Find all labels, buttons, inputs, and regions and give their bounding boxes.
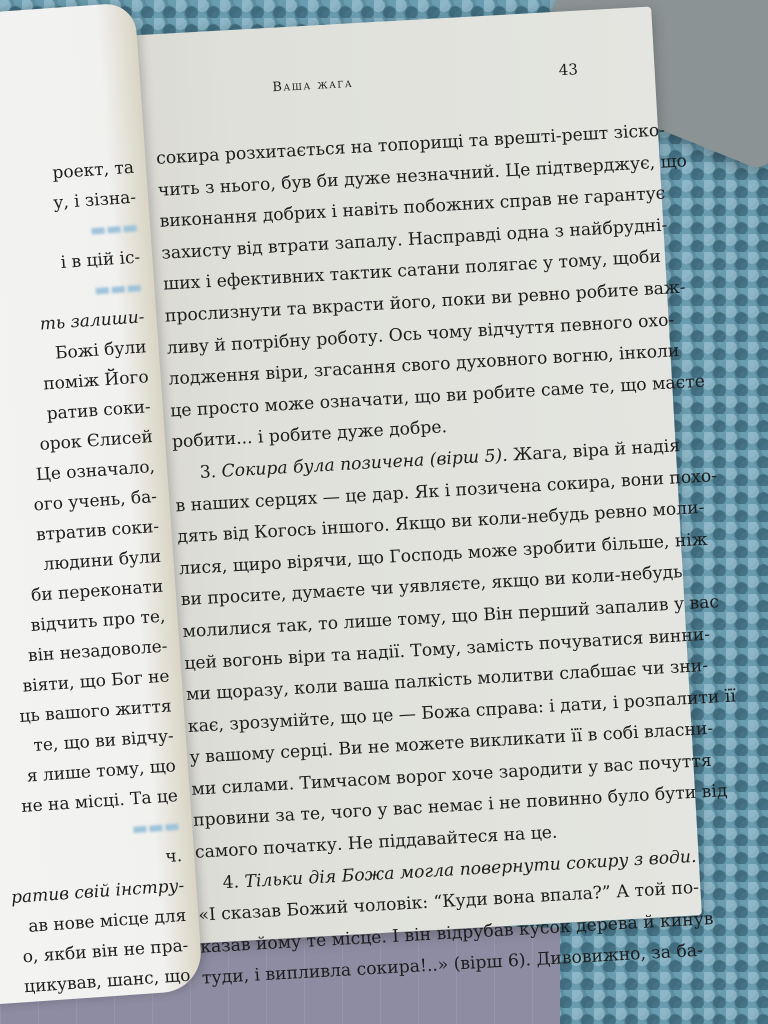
point-3-body: в наших серцях — це дар. Як і позичена с…: [175, 465, 665, 870]
point-3: 3. Сокира була позичена (вірш 5). Жага, …: [173, 433, 665, 869]
page-number: 43: [558, 60, 578, 79]
running-title: Ваша жага: [272, 76, 354, 95]
point-4: 4. Тільки дія Божа могла повернути сокир…: [196, 843, 672, 995]
point-title-continuation: Жага, віра й надія: [507, 436, 680, 466]
paragraph-1: сокира розхитається на топорищі та врешт…: [155, 118, 642, 460]
point-number: 4.: [222, 872, 239, 893]
point-number: 3.: [199, 462, 216, 483]
right-page-content: Ваша жага 43 сокира розхитається на топо…: [152, 58, 672, 996]
body-text: сокира розхитається на топорищі та врешт…: [155, 118, 672, 996]
